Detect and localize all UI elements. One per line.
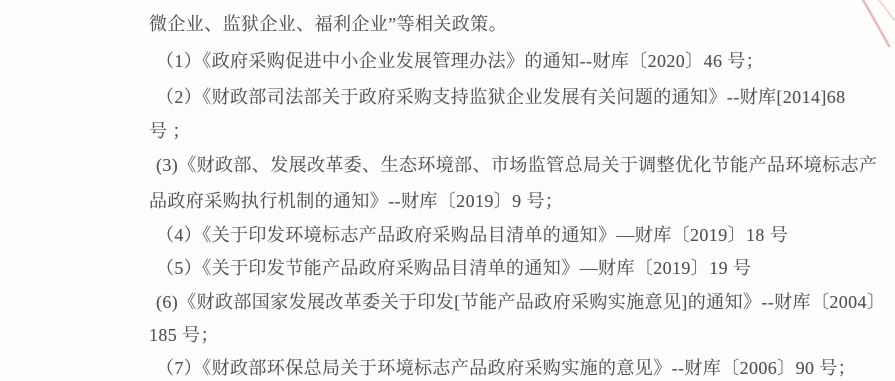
document-text-line: 微企业、监狱企业、福利企业”等相关政策。 xyxy=(149,13,507,35)
document-text-line: 品政府采购执行机制的通知》--财库〔2019〕9 号； xyxy=(149,190,563,212)
document-text-line: （1）《政府采购促进中小企业发展管理办法》的通知--财库〔2020〕46 号； xyxy=(156,50,764,72)
document-text-line: 号 ； xyxy=(149,120,191,142)
document-text-line: （4）《关于印发环境标志产品政府采购品目清单的通知》—财库〔2019〕18 号 xyxy=(156,224,788,246)
document-text-line: 185 号； xyxy=(149,324,219,346)
document-text-line: (3)《财政部、发展改革委、生态环境部、市场监管总局关于调整优化节能产品环境标志… xyxy=(156,154,877,176)
red-ink-stroke-icon xyxy=(833,0,895,60)
document-page: 微企业、监狱企业、福利企业”等相关政策。 （1）《政府采购促进中小企业发展管理办… xyxy=(0,0,895,381)
document-text-line: （7）《财政部环保总局关于环境标志产品政府采购实施的意见》--财库〔2006〕9… xyxy=(156,357,856,379)
document-text-line: （2）《财政部司法部关于政府采购支持监狱企业发展有关问题的通知》--财库[201… xyxy=(156,86,846,108)
document-text-line: （5）《关于印发节能产品政府采购品目清单的通知》—财库〔2019〕19 号 xyxy=(156,257,751,279)
document-text-line: (6)《财政部国家发展改革委关于印发[节能产品政府采购实施意见]的通知》--财库… xyxy=(156,291,885,313)
